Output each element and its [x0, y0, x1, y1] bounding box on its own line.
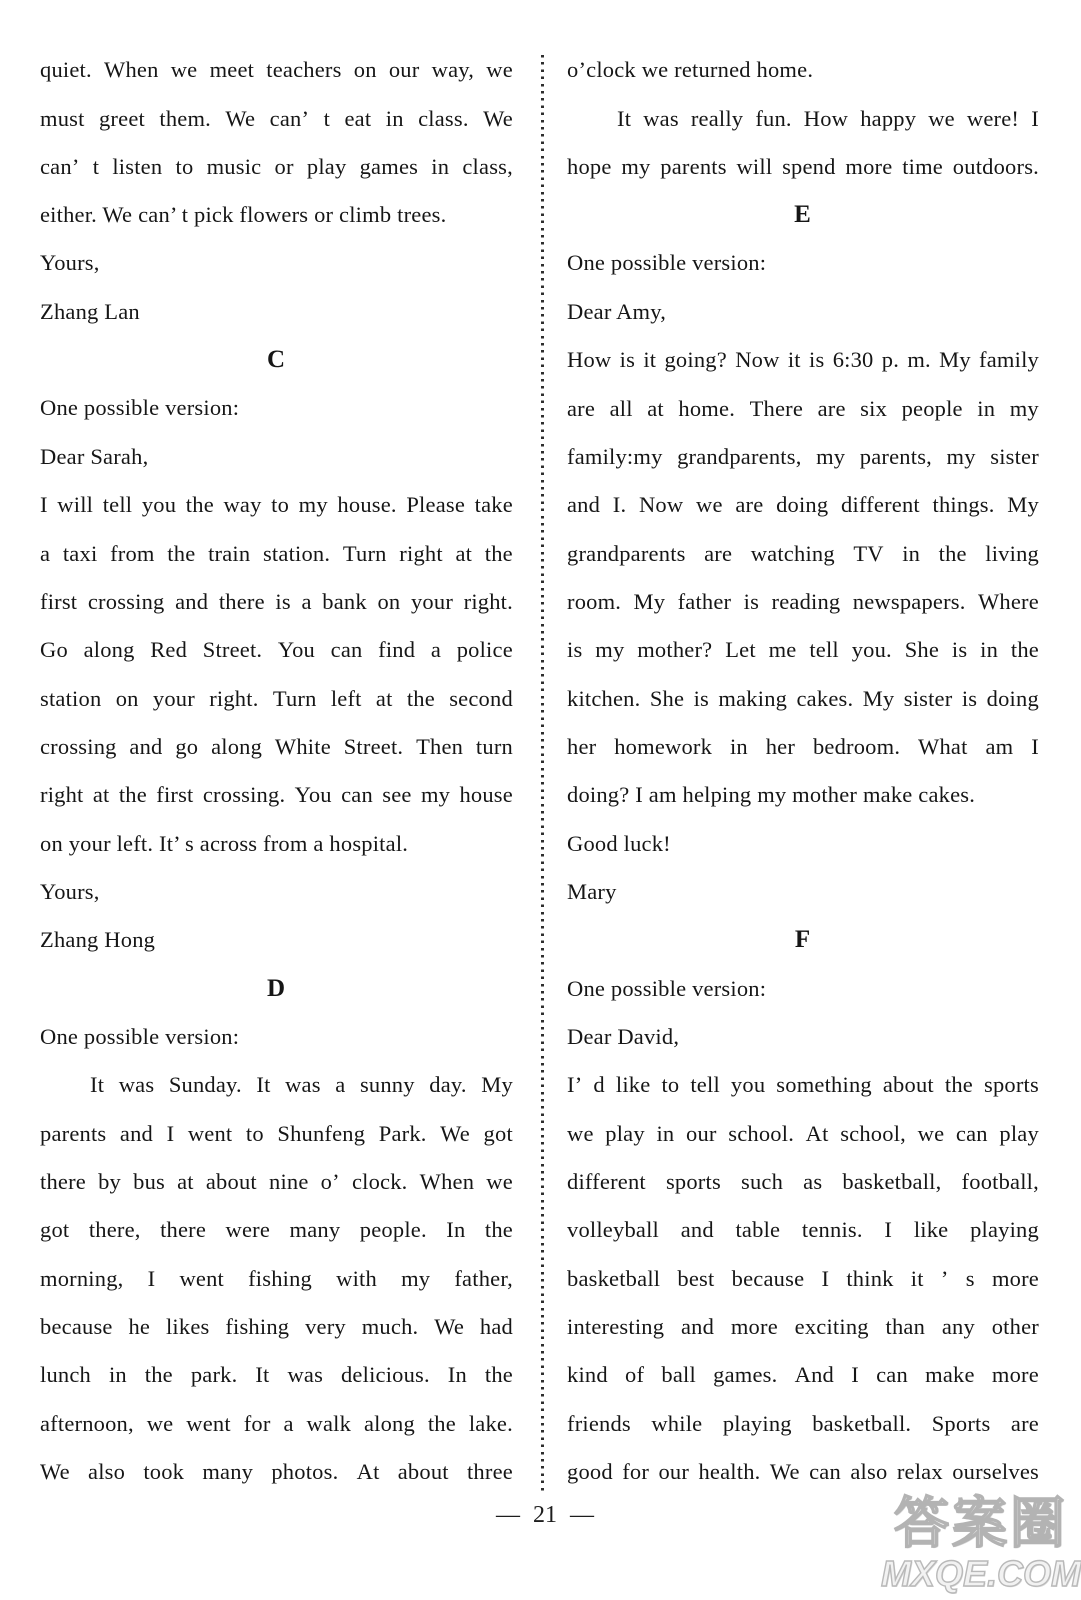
text-line: doing? I am helping my mother make cakes…: [567, 771, 1039, 819]
text-line: volleyballandtabletennis.Ilikeplaying: [567, 1206, 1039, 1254]
text-line: morning,Iwentfishingwithmyfather,: [40, 1255, 513, 1303]
section-heading-d: D: [40, 965, 513, 1013]
right-column: o’clock we returned home.Itwasreallyfun.…: [567, 46, 1039, 1496]
text-line: kitchen.Sheismakingcakes.Mysisterisdoing: [567, 674, 1039, 722]
text-line: Dear Sarah,: [40, 433, 513, 481]
section-heading-c: C: [40, 336, 513, 384]
text-line: Itwasreallyfun.Howhappywewere!I: [567, 94, 1039, 142]
document-page: quiet.Whenwemeetteachersonourway,wemustg…: [0, 0, 1081, 1600]
text-line: parentsandIwenttoShunfengPark.Wegot: [40, 1110, 513, 1158]
text-line: One possible version:: [567, 239, 1039, 287]
watermark-site-name: MXQE.COM: [881, 1554, 1081, 1594]
text-line: family:mygrandparents,myparents,mysister: [567, 433, 1039, 481]
text-line: One possible version:: [40, 1013, 513, 1061]
text-line: Mary: [567, 868, 1039, 916]
text-line: stationonyourright.Turnleftatthesecond: [40, 674, 513, 722]
text-line: Iwilltellyouthewaytomyhouse.Pleasetake: [40, 481, 513, 529]
text-line: crossingandgoalongWhiteStreet.Thenturn: [40, 723, 513, 771]
text-line: One possible version:: [40, 384, 513, 432]
text-line: mustgreetthem.Wecan’teatinclass.We: [40, 94, 513, 142]
text-line: kindofballgames.AndIcanmakemore: [567, 1351, 1039, 1399]
text-line: herhomeworkinherbedroom.WhatamI: [567, 723, 1039, 771]
text-line: weplayinourschool.Atschool,wecanplay: [567, 1110, 1039, 1158]
text-line: andI.Nowwearedoingdifferentthings.My: [567, 481, 1039, 529]
text-line: gotthere,thereweremanypeople.Inthe: [40, 1206, 513, 1254]
column-divider-dotted-line: [541, 55, 544, 1495]
page-number: — 21 —: [445, 1500, 645, 1530]
text-line: GoalongRedStreet.Youcanfindapolice: [40, 626, 513, 674]
text-line: ismymother?Letmetellyou.Sheisinthe: [567, 626, 1039, 674]
text-line: Howisitgoing?Nowitis6:30p.m.Myfamily: [567, 336, 1039, 384]
text-line: ataxifromthetrainstation.Turnrightatthe: [40, 529, 513, 577]
text-line: firstcrossingandthereisabankonyourright.: [40, 578, 513, 626]
text-line: basketballbestbecauseIthinkit’smore: [567, 1255, 1039, 1303]
section-heading-e: E: [567, 191, 1039, 239]
text-line: interestingandmoreexcitingthananyother: [567, 1303, 1039, 1351]
watermark: 答案圈 MXQE.COM: [881, 1494, 1081, 1594]
text-line: quiet.Whenwemeetteachersonourway,we: [40, 46, 513, 94]
left-column: quiet.Whenwemeetteachersonourway,wemustg…: [40, 46, 513, 1496]
section-heading-f: F: [567, 916, 1039, 964]
text-line: hopemyparentswillspendmoretimeoutdoors.: [567, 143, 1039, 191]
text-line: therebybusataboutnineo’clock.Whenwe: [40, 1158, 513, 1206]
text-line: goodforourhealth.Wecanalsorelaxourselves: [567, 1448, 1039, 1496]
text-line: lunchinthepark.Itwasdelicious.Inthe: [40, 1351, 513, 1399]
text-line: Zhang Hong: [40, 916, 513, 964]
text-line: Good luck!: [567, 820, 1039, 868]
watermark-chinese-logo: 答案圈: [881, 1494, 1081, 1552]
text-line: Dear David,: [567, 1013, 1039, 1061]
text-line: afternoon,wewentforawalkalongthelake.: [40, 1400, 513, 1448]
text-line: Zhang Lan: [40, 288, 513, 336]
text-line: differentsportssuchasbasketball,football…: [567, 1158, 1039, 1206]
text-line: can’tlistentomusicorplaygamesinclass,: [40, 143, 513, 191]
text-line: areallathome.Therearesixpeopleinmy: [567, 384, 1039, 432]
text-line: becausehelikesfishingverymuch.Wehad: [40, 1303, 513, 1351]
text-line: rightatthefirstcrossing.Youcanseemyhouse: [40, 771, 513, 819]
text-line: One possible version:: [567, 965, 1039, 1013]
text-line: either. We can’ t pick flowers or climb …: [40, 191, 513, 239]
text-line: Wealsotookmanyphotos.Ataboutthree: [40, 1448, 513, 1496]
text-line: Dear Amy,: [567, 288, 1039, 336]
text-line: room.Myfatherisreadingnewspapers.Where: [567, 578, 1039, 626]
text-line: Yours,: [40, 868, 513, 916]
text-line: grandparentsarewatchingTVintheliving: [567, 529, 1039, 577]
text-line: ItwasSunday.Itwasasunnyday.My: [40, 1061, 513, 1109]
text-line: o’clock we returned home.: [567, 46, 1039, 94]
text-line: on your left. It’ s across from a hospit…: [40, 820, 513, 868]
text-line: friendswhileplayingbasketball.Sportsare: [567, 1400, 1039, 1448]
text-line: Yours,: [40, 239, 513, 287]
text-line: I’dliketotellyousomethingaboutthesports: [567, 1061, 1039, 1109]
